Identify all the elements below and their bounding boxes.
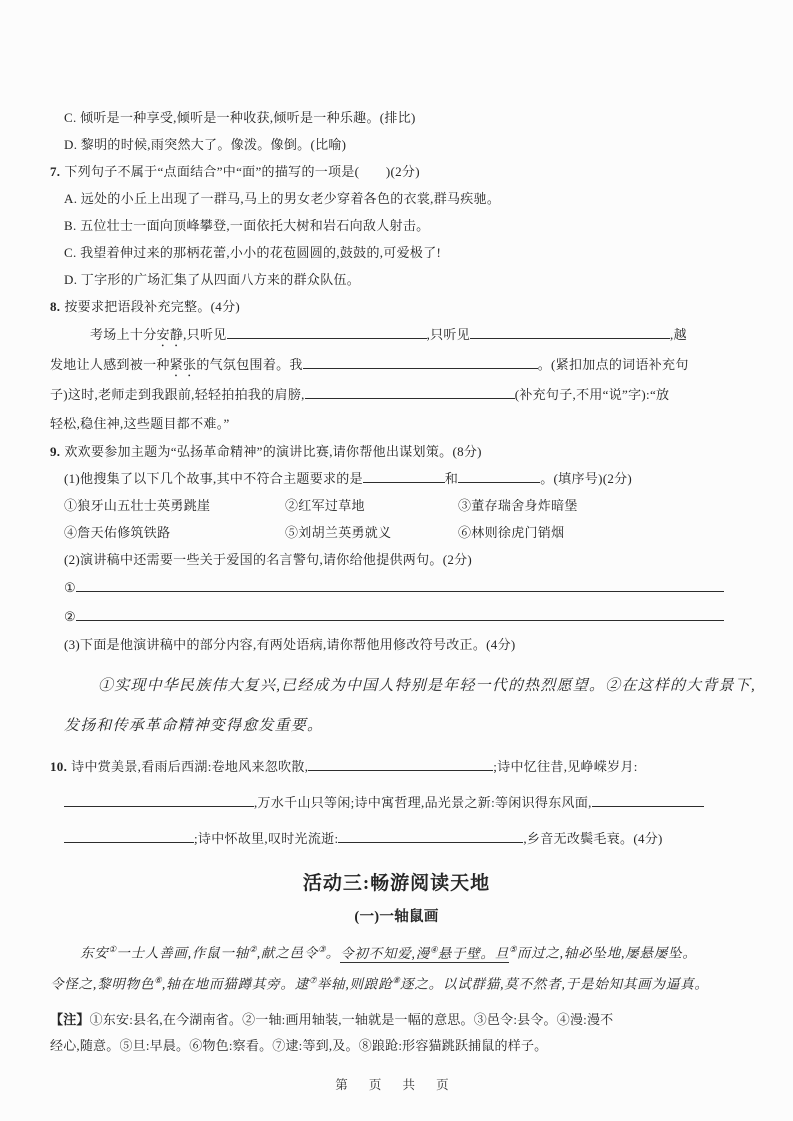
q8-paragraph-line-3: 子)这时,老师走到我跟前,轻轻拍拍我的肩膀,(补充句子,不用“说”字):“放: [50, 380, 743, 409]
passage-line-1: 东安①一士人善画,作鼠一轴②,献之邑令③。令初不知爱,漫④悬于壁。旦⑤而过之,轴…: [50, 936, 743, 967]
passage-text: 令初不知爱,漫: [340, 946, 430, 961]
passage-text: 令怪之,黎明物色: [50, 976, 154, 991]
answer-blank: [338, 829, 523, 843]
q9-subquestion-2: (2)演讲稿中还需要一些关于爱国的名言警句,请你给他提供两句。(2分): [64, 546, 743, 573]
passage-text: 而过之,轴必坠地,屡悬屡坠。: [517, 946, 697, 961]
underlined-segment: 令初不知爱,漫④悬于壁。旦: [340, 946, 509, 963]
q10-text: ,乡音无改鬓毛衰。(4分): [523, 831, 662, 846]
passage-text: 举轴,则踉跄: [317, 976, 393, 991]
q8-text: 。(紧扣加点的词语补充句: [538, 357, 689, 372]
answer-blank: [470, 325, 670, 339]
q9-story-options-row-2: ④詹天佑修筑铁路⑤刘胡兰英勇就义⑥林则徐虎门销烟: [64, 519, 743, 546]
page-footer: 第 页 共 页: [0, 1072, 793, 1099]
emphasized-word: 安静: [157, 327, 184, 342]
passage-text: ,轴在地而猫蹲其旁。逮: [162, 976, 309, 991]
q8-text: 考场上十分: [90, 327, 157, 342]
q9-answer-label-2: ②: [64, 609, 76, 624]
question-7-option-b: B. 五位壮士一面向顶峰攀登,一面依托大树和岩石向敌人射击。: [64, 212, 743, 239]
q9-sub1-and: 和: [445, 471, 458, 486]
question-9-stem-text: 欢欢要参加主题为“弘扬革命精神”的演讲比赛,请你帮他出谋划策。(8分): [64, 444, 481, 459]
passage-line-2: 令怪之,黎明物色⑥,轴在地而猫蹲其旁。逮⑦举轴,则踉跄⑧逐之。以试群猫,莫不然者…: [50, 967, 743, 998]
question-7-option-d: D. 丁字形的广场汇集了从四面八方来的群众队伍。: [64, 266, 743, 293]
answer-blank: [592, 793, 704, 807]
question-9-number: 9.: [50, 444, 60, 459]
q9-answer-label-1: ①: [64, 580, 76, 595]
passage-footnotes: 【注】①东安:县名,在今湖南省。②一轴:画用轴装,一轴就是一幅的意思。③邑令:县…: [50, 1007, 743, 1059]
classical-passage: 东安①一士人善画,作鼠一轴②,献之邑令③。令初不知爱,漫④悬于壁。旦⑤而过之,轴…: [50, 936, 743, 997]
answer-blank: [76, 607, 724, 621]
passage-text: 。: [326, 946, 340, 961]
q8-paragraph-line-4: 轻松,稳住神,这些题目都不难。”: [50, 409, 743, 438]
q9-sub1-text: (1)他搜集了以下几个故事,其中不符合主题要求的是: [64, 471, 363, 486]
q8-text: 发地让人感到被一种: [50, 357, 170, 372]
answer-blank: [64, 793, 254, 807]
q8-text: 子)这时,老师走到我跟前,轻轻拍拍我的肩膀,: [50, 387, 305, 402]
q8-text: ,越: [670, 327, 687, 342]
footnote-ref-6: ⑥: [154, 975, 162, 985]
question-10-line-3: ;诗中怀故里,叹时光流逝:,乡音无改鬓毛衰。(4分): [64, 824, 743, 854]
q9-speech-line-2: 发扬和传承革命精神变得愈发重要。: [64, 706, 743, 746]
footnote-ref-2: ②: [249, 944, 257, 954]
question-8-stem-text: 按要求把语段补充完整。(4分): [64, 299, 240, 314]
story-option-1: ①狼牙山五壮士英勇跳崖: [64, 492, 285, 519]
q10-text: ,万水千山只等闲;诗中寓哲理,品光景之新:等闲识得东风面,: [254, 795, 592, 810]
question-6-option-d: D. 黎明的时候,雨突然大了。像泼。像倒。(比喻): [64, 131, 743, 158]
footnotes-line-2: 经心,随意。⑤旦:早晨。⑥物色:察看。⑦逮:等到,及。⑧踉跄:形容猫跳跃捕鼠的样…: [50, 1033, 743, 1059]
answer-blank: [303, 355, 538, 369]
q10-text: ;诗中怀故里,叹时光流逝:: [194, 831, 338, 846]
footnote-ref-5: ⑤: [509, 944, 517, 954]
question-7-option-c: C. 我望着伸过来的那柄花蕾,小小的花苞圆圆的,鼓鼓的,可爱极了!: [64, 239, 743, 266]
emphasized-word: 紧张: [170, 357, 197, 372]
footnote-ref-8: ⑧: [392, 975, 400, 985]
q9-story-options-row-1: ①狼牙山五壮士英勇跳崖②红军过草地③董存瑞舍身炸暗堡: [64, 492, 743, 519]
question-7-option-a: A. 远处的小丘上出现了一群马,马上的男女老少穿着各色的衣裳,群马疾驰。: [64, 185, 743, 212]
question-10-line-2: ,万水千山只等闲;诗中寓哲理,品光景之新:等闲识得东风面,: [64, 788, 743, 818]
question-9-stem: 9.欢欢要参加主题为“弘扬革命精神”的演讲比赛,请你帮他出谋划策。(8分): [50, 438, 743, 465]
q8-text: ,只听见: [427, 327, 470, 342]
question-10-line-1: 10.诗中赏美景,看雨后西湖:卷地风来忽吹散,;诗中忆往昔,见峥嵘岁月:: [50, 752, 743, 782]
footnotes-text: ①东安:县名,在今湖南省。②一轴:画用轴装,一轴就是一幅的意思。③邑令:县令。④…: [90, 1012, 614, 1027]
question-7-stem-text: 下列句子不属于“点面结合”中“面”的描写的一项是( )(2分): [64, 164, 420, 179]
question-10-number: 10.: [50, 759, 67, 774]
q9-speech-content: ①实现中华民族伟大复兴,已经成为中国人特别是年轻一代的热烈愿望。②在这样的大背景…: [64, 666, 743, 746]
passage-text: 一士人善画,作鼠一轴: [116, 946, 249, 961]
q9-subquestion-3: (3)下面是他演讲稿中的部分内容,有两处语病,请你帮他用修改符号改正。(4分): [64, 631, 743, 658]
answer-blank: [458, 469, 540, 483]
q8-text: (补充句子,不用“说”字):“放: [515, 387, 670, 402]
question-7-stem: 7.下列句子不属于“点面结合”中“面”的描写的一项是( )(2分): [50, 158, 743, 185]
question-8-stem: 8.按要求把语段补充完整。(4分): [50, 293, 743, 320]
story-option-6: ⑥林则徐虎门销烟: [458, 525, 564, 540]
question-7-number: 7.: [50, 164, 60, 179]
q9-sub1-text-end: 。(填序号)(2分): [540, 471, 632, 486]
exam-paper-page: C. 倾听是一种享受,倾听是一种收获,倾听是一种乐趣。(排比) D. 黎明的时候…: [0, 0, 793, 1121]
q8-paragraph-line-1: 考场上十分安静,只听见,只听见,越: [50, 320, 743, 350]
story-option-2: ②红军过草地: [285, 492, 458, 519]
answer-blank: [76, 578, 724, 592]
q9-speech-text: ①实现中华民族伟大复兴,已经成为中国人特别是年轻一代的热烈愿望。②在这样的大背景…: [98, 678, 756, 694]
q8-text: ,只听见: [183, 327, 226, 342]
answer-blank: [308, 757, 493, 771]
q8-paragraph-line-2: 发地让人感到被一种紧张的气氛包围着。我。(紧扣加点的词语补充句: [50, 350, 743, 380]
q9-speech-line-1: ①实现中华民族伟大复兴,已经成为中国人特别是年轻一代的热烈愿望。②在这样的大背景…: [64, 666, 743, 706]
answer-blank: [363, 469, 445, 483]
passage-text: ,献之邑令: [257, 946, 318, 961]
passage-text: 逐之。以试群猫,莫不然者,于是始知其画为逼真。: [400, 976, 709, 991]
passage-text: 悬于壁。旦: [438, 946, 510, 961]
activity-3-title: 活动三:畅游阅读天地: [50, 870, 743, 898]
q9-answer-line-2: ②: [64, 602, 743, 631]
answer-blank: [64, 829, 194, 843]
question-6-option-c: C. 倾听是一种享受,倾听是一种收获,倾听是一种乐趣。(排比): [64, 104, 743, 131]
reading-passage-title: (一)一轴鼠画: [50, 906, 743, 928]
story-option-4: ④詹天佑修筑铁路: [64, 519, 285, 546]
q9-answer-line-1: ①: [64, 573, 743, 602]
q10-text: ;诗中忆往昔,见峥嵘岁月:: [493, 759, 637, 774]
footnotes-line-1: 【注】①东安:县名,在今湖南省。②一轴:画用轴装,一轴就是一幅的意思。③邑令:县…: [50, 1007, 743, 1033]
answer-blank: [227, 325, 427, 339]
story-option-3: ③董存瑞舍身炸暗堡: [458, 498, 578, 513]
footnote-ref-7: ⑦: [309, 975, 317, 985]
q10-text: 诗中赏美景,看雨后西湖:卷地风来忽吹散,: [71, 759, 308, 774]
question-8-number: 8.: [50, 299, 60, 314]
passage-text: 东安: [80, 946, 109, 961]
story-option-5: ⑤刘胡兰英勇就义: [285, 519, 458, 546]
q8-text: 的气氛包围着。我: [196, 357, 302, 372]
footnote-ref-3: ③: [318, 944, 326, 954]
answer-blank: [305, 385, 515, 399]
footnotes-label: 【注】: [50, 1012, 90, 1027]
footnote-ref-4: ④: [430, 944, 438, 954]
q9-subquestion-1: (1)他搜集了以下几个故事,其中不符合主题要求的是和。(填序号)(2分): [64, 465, 743, 492]
